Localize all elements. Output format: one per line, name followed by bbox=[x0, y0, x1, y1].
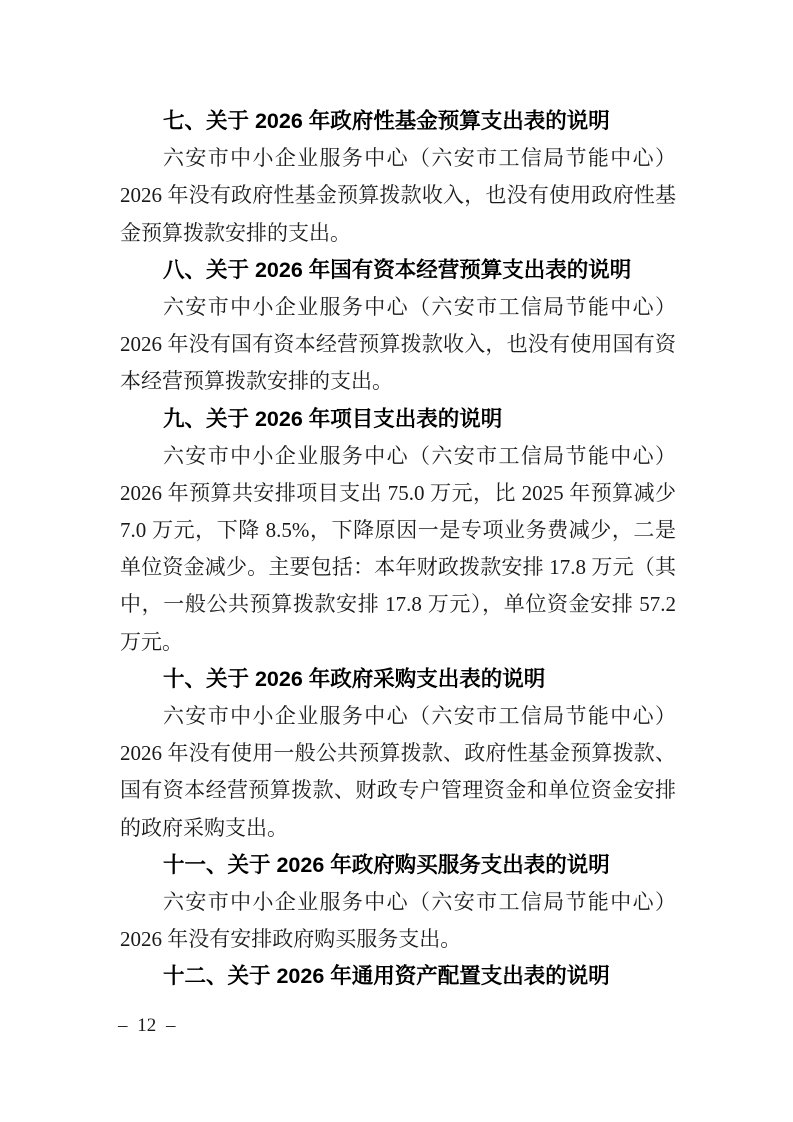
paragraph: 六安市中小企业服务中心（六安市工信局节能中心）2026 年没有使用一般公共预算拨… bbox=[120, 698, 676, 847]
paragraph-line: 7.0 万元，下降 8.5%，下降原因一是专项业务费减少，二是 bbox=[120, 512, 676, 549]
paragraph-line: 本经营预算拨款安排的支出。 bbox=[120, 363, 676, 400]
section-heading: 十二、关于 2026 年通用资产配置支出表的说明 bbox=[120, 958, 676, 995]
paragraph-line: 六安市中小企业服务中心（六安市工信局节能中心） bbox=[120, 289, 676, 326]
paragraph-line: 万元。 bbox=[120, 624, 676, 661]
paragraph-line: 的政府采购支出。 bbox=[120, 810, 676, 847]
section-heading: 八、关于 2026 年国有资本经营预算支出表的说明 bbox=[120, 252, 676, 289]
paragraph-line: 金预算拨款安排的支出。 bbox=[120, 215, 676, 252]
document-section: 十一、关于 2026 年政府购买服务支出表的说明六安市中小企业服务中心（六安市工… bbox=[120, 847, 676, 959]
document-section: 九、关于 2026 年项目支出表的说明六安市中小企业服务中心（六安市工信局节能中… bbox=[120, 401, 676, 661]
paragraph-line: 六安市中小企业服务中心（六安市工信局节能中心） bbox=[120, 438, 676, 475]
page-number: – 12 – bbox=[118, 1015, 176, 1037]
paragraph-line: 六安市中小企业服务中心（六安市工信局节能中心） bbox=[120, 884, 676, 921]
paragraph-line: 2026 年没有使用一般公共预算拨款、政府性基金预算拨款、 bbox=[120, 735, 676, 772]
section-heading: 七、关于 2026 年政府性基金预算支出表的说明 bbox=[120, 103, 676, 140]
document-section: 八、关于 2026 年国有资本经营预算支出表的说明六安市中小企业服务中心（六安市… bbox=[120, 252, 676, 401]
paragraph-line: 2026 年没有国有资本经营预算拨款收入，也没有使用国有资 bbox=[120, 326, 676, 363]
paragraph-line: 2026 年预算共安排项目支出 75.0 万元，比 2025 年预算减少 bbox=[120, 475, 676, 512]
content-area: 七、关于 2026 年政府性基金预算支出表的说明六安市中小企业服务中心（六安市工… bbox=[120, 103, 676, 996]
paragraph-line: 六安市中小企业服务中心（六安市工信局节能中心） bbox=[120, 698, 676, 735]
document-section: 七、关于 2026 年政府性基金预算支出表的说明六安市中小企业服务中心（六安市工… bbox=[120, 103, 676, 252]
paragraph-line: 单位资金减少。主要包括：本年财政拨款安排 17.8 万元（其 bbox=[120, 549, 676, 586]
paragraph-line: 中，一般公共预算拨款安排 17.8 万元），单位资金安排 57.2 bbox=[120, 586, 676, 623]
section-heading: 十一、关于 2026 年政府购买服务支出表的说明 bbox=[120, 847, 676, 884]
paragraph: 六安市中小企业服务中心（六安市工信局节能中心）2026 年没有安排政府购买服务支… bbox=[120, 884, 676, 958]
document-section: 十二、关于 2026 年通用资产配置支出表的说明 bbox=[120, 958, 676, 995]
paragraph: 六安市中小企业服务中心（六安市工信局节能中心）2026 年没有政府性基金预算拨款… bbox=[120, 140, 676, 252]
paragraph: 六安市中小企业服务中心（六安市工信局节能中心）2026 年预算共安排项目支出 7… bbox=[120, 438, 676, 661]
document-page: 七、关于 2026 年政府性基金预算支出表的说明六安市中小企业服务中心（六安市工… bbox=[0, 0, 793, 1122]
paragraph: 六安市中小企业服务中心（六安市工信局节能中心）2026 年没有国有资本经营预算拨… bbox=[120, 289, 676, 401]
paragraph-line: 2026 年没有政府性基金预算拨款收入，也没有使用政府性基 bbox=[120, 177, 676, 214]
document-section: 十、关于 2026 年政府采购支出表的说明六安市中小企业服务中心（六安市工信局节… bbox=[120, 661, 676, 847]
section-heading: 十、关于 2026 年政府采购支出表的说明 bbox=[120, 661, 676, 698]
paragraph-line: 六安市中小企业服务中心（六安市工信局节能中心） bbox=[120, 140, 676, 177]
paragraph-line: 国有资本经营预算拨款、财政专户管理资金和单位资金安排 bbox=[120, 772, 676, 809]
paragraph-line: 2026 年没有安排政府购买服务支出。 bbox=[120, 921, 676, 958]
section-heading: 九、关于 2026 年项目支出表的说明 bbox=[120, 401, 676, 438]
